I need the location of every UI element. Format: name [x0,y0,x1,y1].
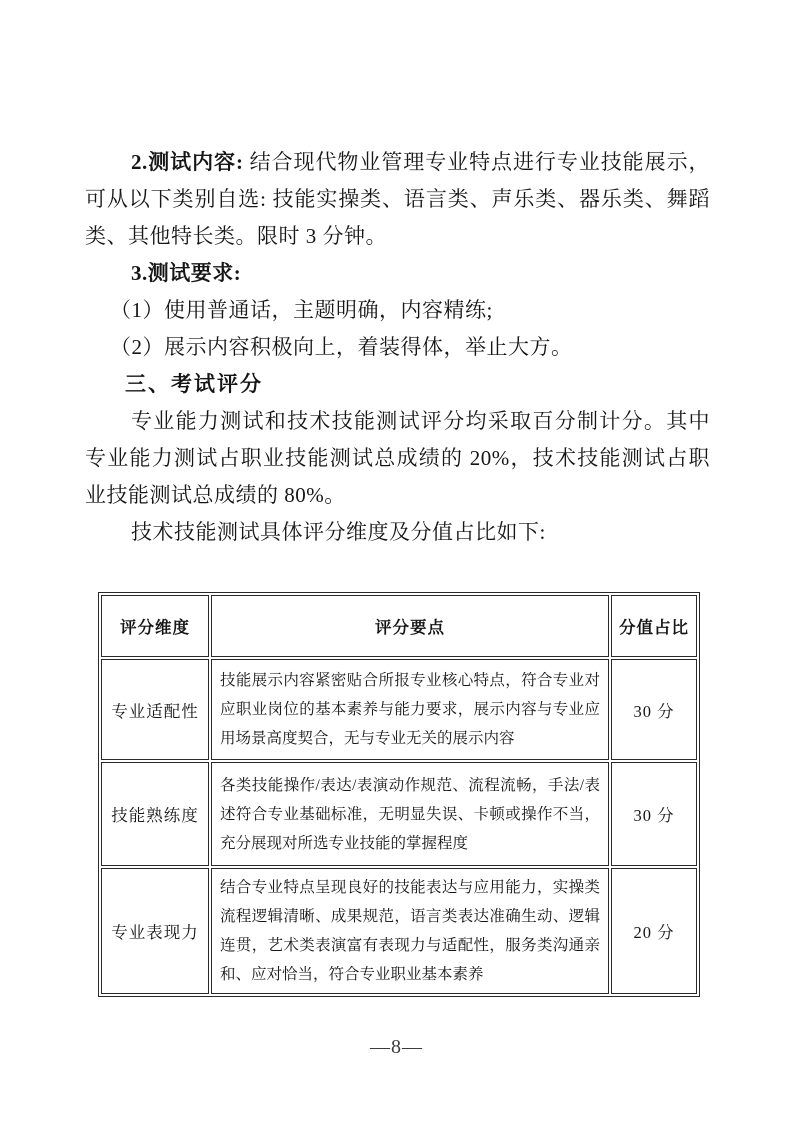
row-3-score: 20 分 [611,868,697,994]
paragraph-requirement-2: （2）展示内容积极向上，着装得体，举止大方。 [85,329,710,366]
test-requirements-label: 3.测试要求: [131,261,241,285]
row-3-points: 结合专业特点呈现良好的技能表达与应用能力，实操类流程逻辑清晰、成果规范，语言类表… [211,868,609,994]
table-row: 专业表现力 结合专业特点呈现良好的技能表达与应用能力，实操类流程逻辑清晰、成果规… [101,868,697,994]
table-row: 专业适配性 技能展示内容紧密贴合所报专业核心特点，符合专业对应职业岗位的基本素养… [101,659,697,760]
header-points: 评分要点 [211,595,609,657]
paragraph-table-intro: 技术技能测试具体评分维度及分值占比如下: [85,514,710,551]
section-heading-exam-scoring: 三、考试评分 [85,366,710,403]
paragraph-test-content: 2.测试内容: 结合现代物业管理专业特点进行专业技能展示，可从以下类别自选: 技… [85,144,710,255]
document-body: 2.测试内容: 结合现代物业管理专业特点进行专业技能展示，可从以下类别自选: 技… [85,144,710,997]
row-1-dimension: 专业适配性 [101,659,209,760]
page-number: —8— [0,1036,793,1059]
header-dimension: 评分维度 [101,595,209,657]
row-1-points: 技能展示内容紧密贴合所报专业核心特点，符合专业对应职业岗位的基本素养与能力要求，… [211,659,609,760]
paragraph-scoring-intro: 专业能力测试和技术技能测试评分均采取百分制计分。其中专业能力测试占职业技能测试总… [85,403,710,514]
header-score: 分值占比 [611,595,697,657]
table-row: 技能熟练度 各类技能操作/表达/表演动作规范、流程流畅，手法/表述符合专业基础标… [101,762,697,866]
row-1-score: 30 分 [611,659,697,760]
paragraph-test-requirements-heading: 3.测试要求: [85,255,710,292]
table-header-row: 评分维度 评分要点 分值占比 [101,595,697,657]
test-content-label: 2.测试内容: [131,150,243,174]
row-2-points: 各类技能操作/表达/表演动作规范、流程流畅，手法/表述符合专业基础标准，无明显失… [211,762,609,866]
paragraph-requirement-1: （1）使用普通话，主题明确，内容精练; [85,292,710,329]
row-3-dimension: 专业表现力 [101,868,209,994]
row-2-dimension: 技能熟练度 [101,762,209,866]
document-page: 2.测试内容: 结合现代物业管理专业特点进行专业技能展示，可从以下类别自选: 技… [0,0,793,1122]
row-2-score: 30 分 [611,762,697,866]
scoring-table: 评分维度 评分要点 分值占比 专业适配性 技能展示内容紧密贴合所报专业核心特点，… [98,592,700,997]
